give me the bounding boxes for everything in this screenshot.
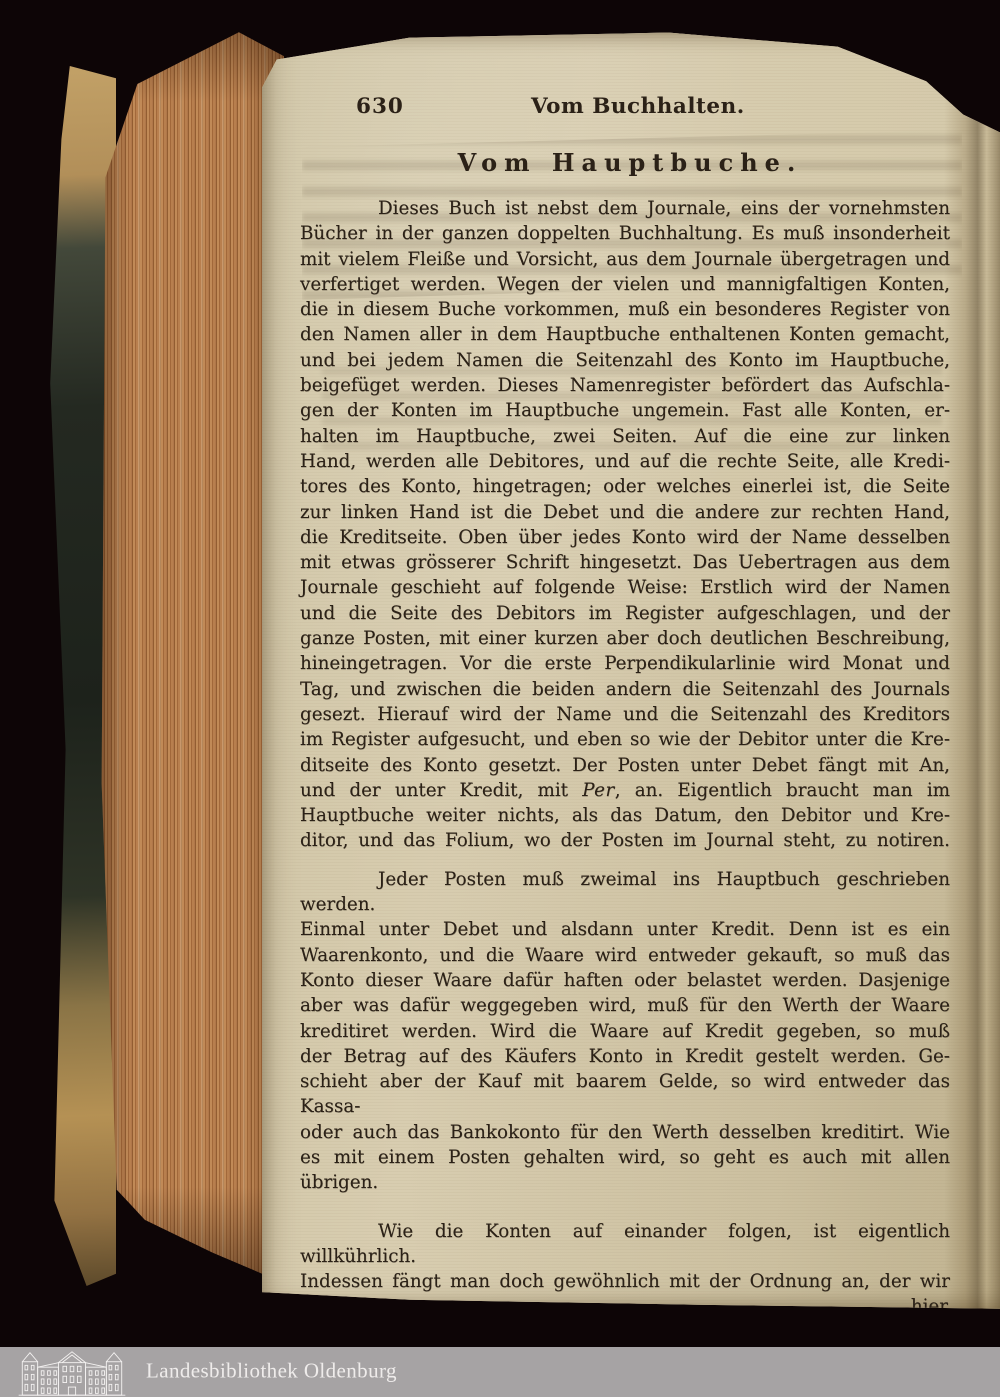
paragraph-1: Dieses Buch ist nebst dem Journale, eins… bbox=[300, 196, 950, 854]
section-title: Vom Hauptbuche. bbox=[300, 148, 950, 177]
page-gutter-shadow bbox=[944, 30, 1000, 1310]
book-fore-edge bbox=[96, 26, 284, 1288]
library-building-icon bbox=[14, 1350, 130, 1397]
page-content: 630 Vom Buchhalten. Vom Hauptbuche. Dies… bbox=[300, 30, 950, 1320]
catchword: hier bbox=[300, 1294, 950, 1319]
library-name: Landesbibliothek Oldenburg bbox=[146, 1359, 397, 1384]
running-header: Vom Buchhalten. bbox=[531, 94, 745, 119]
book-page: 630 Vom Buchhalten. Vom Hauptbuche. Dies… bbox=[262, 30, 1000, 1310]
paragraph-2: Jeder Posten muß zweimal ins Hauptbuch g… bbox=[300, 867, 950, 1196]
page-header: 630 Vom Buchhalten. bbox=[300, 94, 950, 124]
scan-viewport: 630 Vom Buchhalten. Vom Hauptbuche. Dies… bbox=[0, 0, 1000, 1397]
paragraph-3: Wie die Konten auf einander folgen, ist … bbox=[300, 1219, 950, 1295]
page-number: 630 bbox=[356, 94, 404, 119]
library-bar: Landesbibliothek Oldenburg bbox=[0, 1347, 1000, 1397]
